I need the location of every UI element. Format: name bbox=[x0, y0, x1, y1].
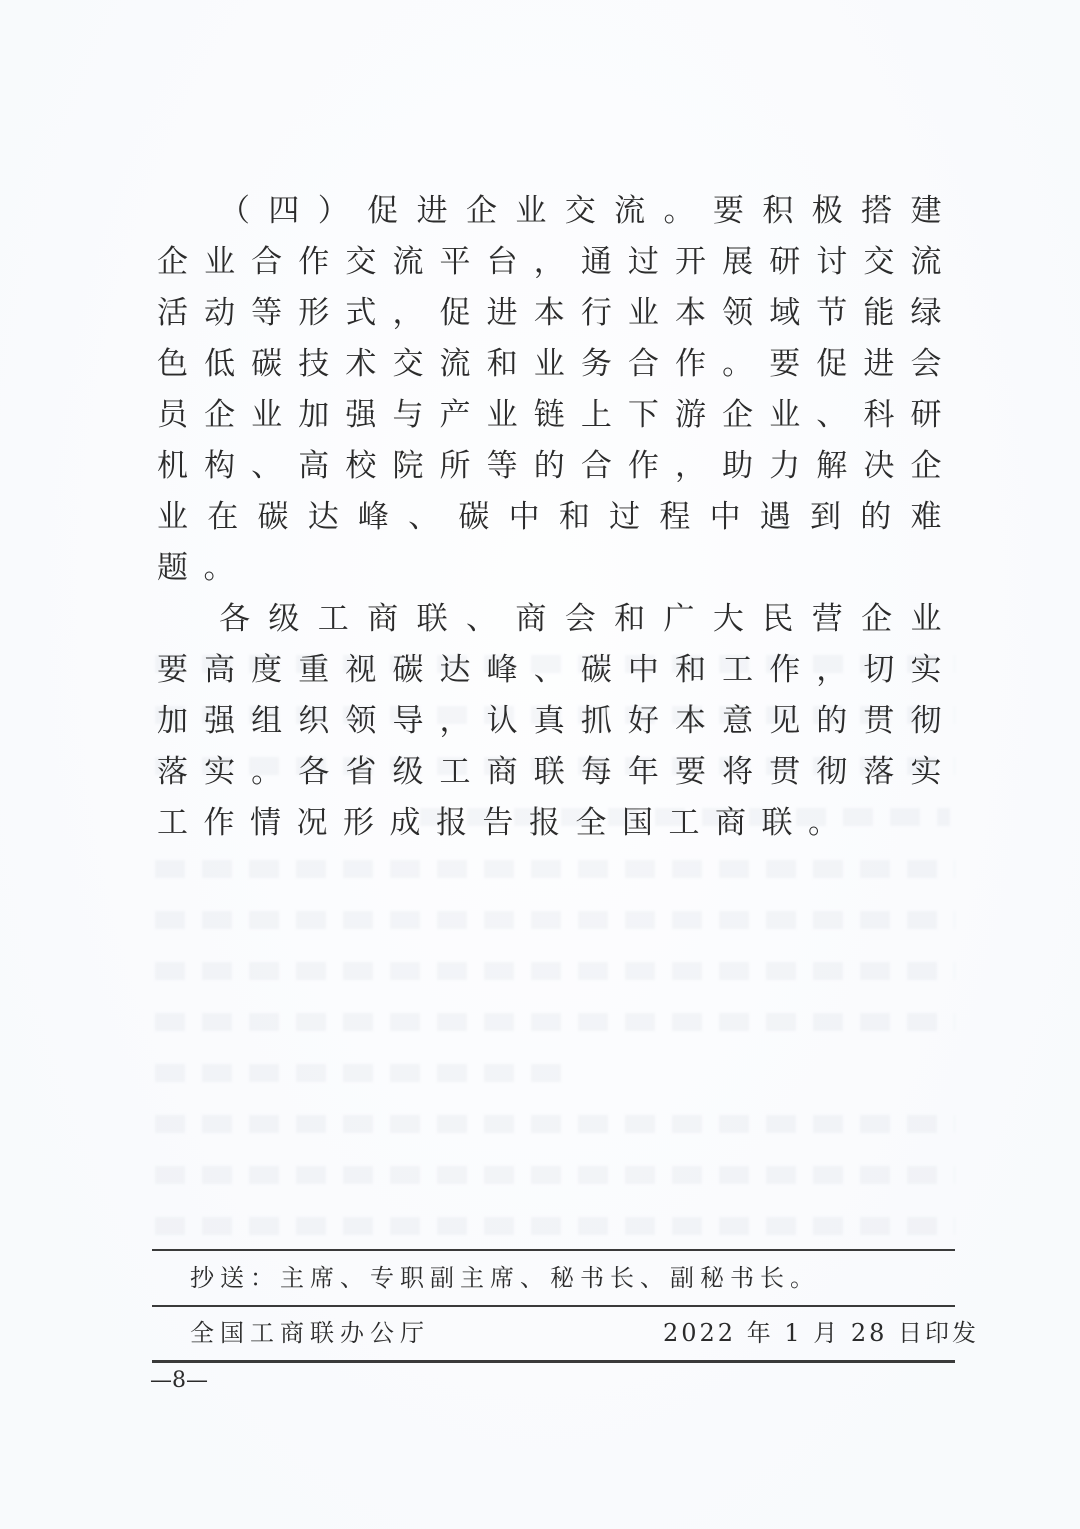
page-number: —8— bbox=[150, 1366, 208, 1396]
bleed-through-texture bbox=[155, 1217, 955, 1235]
bleed-through-texture bbox=[155, 1166, 955, 1184]
paragraph-section-4: （四）促进企业交流。要积极搭建企业合作交流平台，通过开展研讨交流活动等形式，促进… bbox=[157, 186, 957, 594]
cc-recipients: 抄送：主席、专职副主席、秘书长、副秘书长。 bbox=[190, 1260, 820, 1296]
footer-rule-bottom bbox=[152, 1360, 955, 1363]
bleed-through-texture bbox=[155, 1013, 955, 1031]
bleed-through-texture bbox=[155, 962, 955, 980]
issue-date: 2022 年 1 月 28 日印发 bbox=[663, 1315, 979, 1351]
document-page: （四）促进企业交流。要积极搭建企业合作交流平台，通过开展研讨交流活动等形式，促进… bbox=[0, 0, 1080, 1529]
bleed-through-texture bbox=[155, 911, 955, 929]
footer-rule-top bbox=[152, 1249, 955, 1251]
bleed-through-texture bbox=[155, 1115, 955, 1133]
bleed-through-texture bbox=[155, 1064, 575, 1082]
issuing-office: 全国工商联办公厅 bbox=[190, 1315, 430, 1351]
footer-rule-middle bbox=[152, 1305, 955, 1307]
document-body: （四）促进企业交流。要积极搭建企业合作交流平台，通过开展研讨交流活动等形式，促进… bbox=[157, 186, 957, 849]
bleed-through-texture bbox=[155, 860, 955, 878]
paragraph-closing: 各级工商联、商会和广大民营企业要高度重视碳达峰、碳中和工作，切实加强组织领导，认… bbox=[157, 594, 957, 849]
